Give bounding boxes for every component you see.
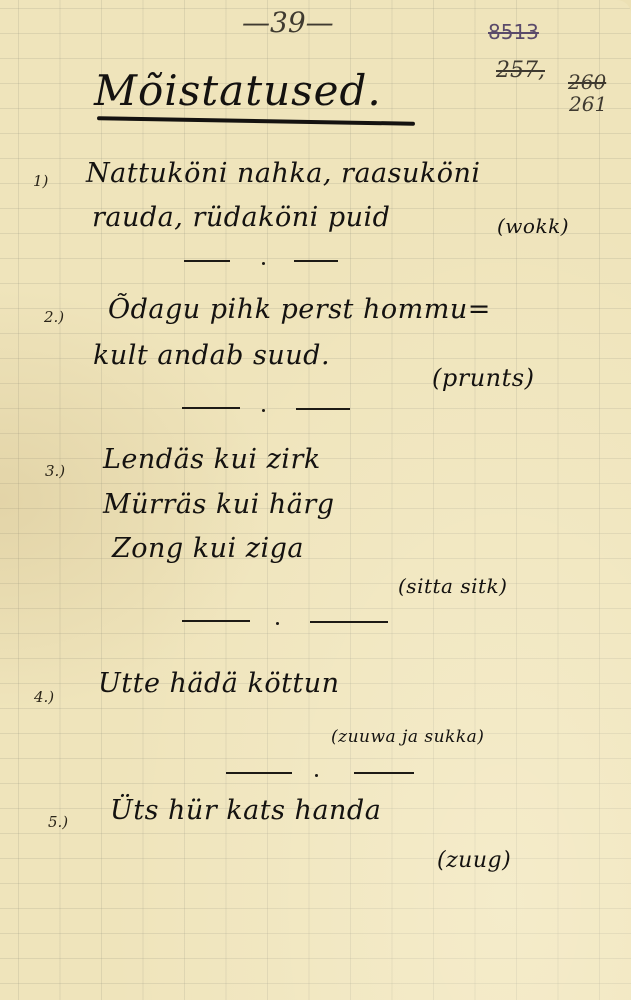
separator: [184, 260, 230, 262]
riddle-line: Zong kui ziga: [112, 533, 304, 564]
riddle-number: 1): [33, 172, 48, 190]
separator: [182, 407, 240, 409]
riddle-line: Mürräs kui härg: [103, 489, 335, 520]
riddle-number: 4.): [34, 688, 54, 706]
riddle-number: 2.): [44, 308, 64, 326]
separator: [310, 621, 388, 623]
page-number: —39—: [242, 6, 334, 39]
title-underline: [97, 116, 415, 126]
riddle-number: 3.): [45, 462, 65, 480]
riddle-number: 5.): [48, 813, 68, 831]
riddle-line: Õdagu pihk perst hommu=: [108, 294, 491, 325]
riddle-answer: (zuug): [437, 848, 511, 873]
archive-number-crossed-2: 260: [568, 70, 606, 94]
riddle-answer: (zuuwa ja sukka): [331, 727, 484, 747]
separator-dot: [262, 409, 265, 412]
riddle-line: rauda, rüdaköni puid: [92, 202, 390, 233]
separator: [226, 772, 292, 774]
separator-dot: [276, 622, 279, 625]
riddle-line: Nattuköni nahka, raasuköni: [86, 158, 481, 189]
separator: [182, 620, 250, 622]
separator-dot: [315, 774, 318, 777]
archive-number-crossed-1: 257,: [496, 58, 545, 83]
riddle-line: Utte hädä köttun: [98, 668, 340, 699]
manuscript-page: —39— 8513 257, 260 261 Mõistatused. 1) N…: [0, 0, 631, 1000]
riddle-answer: (wokk): [497, 214, 569, 238]
separator: [294, 260, 338, 262]
page-title: Mõistatused.: [94, 66, 382, 115]
archive-number-current: 261: [569, 92, 607, 116]
riddle-line: kult andab suud.: [93, 340, 330, 371]
separator: [296, 408, 350, 410]
riddle-answer: (sitta sitk): [398, 574, 507, 598]
separator-dot: [262, 262, 265, 265]
separator: [354, 772, 414, 774]
stamp-number: 8513: [488, 20, 539, 44]
riddle-line: Lendäs kui zirk: [103, 444, 321, 475]
riddle-line: Üts hür kats handa: [110, 795, 381, 826]
riddle-answer: (prunts): [432, 364, 534, 392]
